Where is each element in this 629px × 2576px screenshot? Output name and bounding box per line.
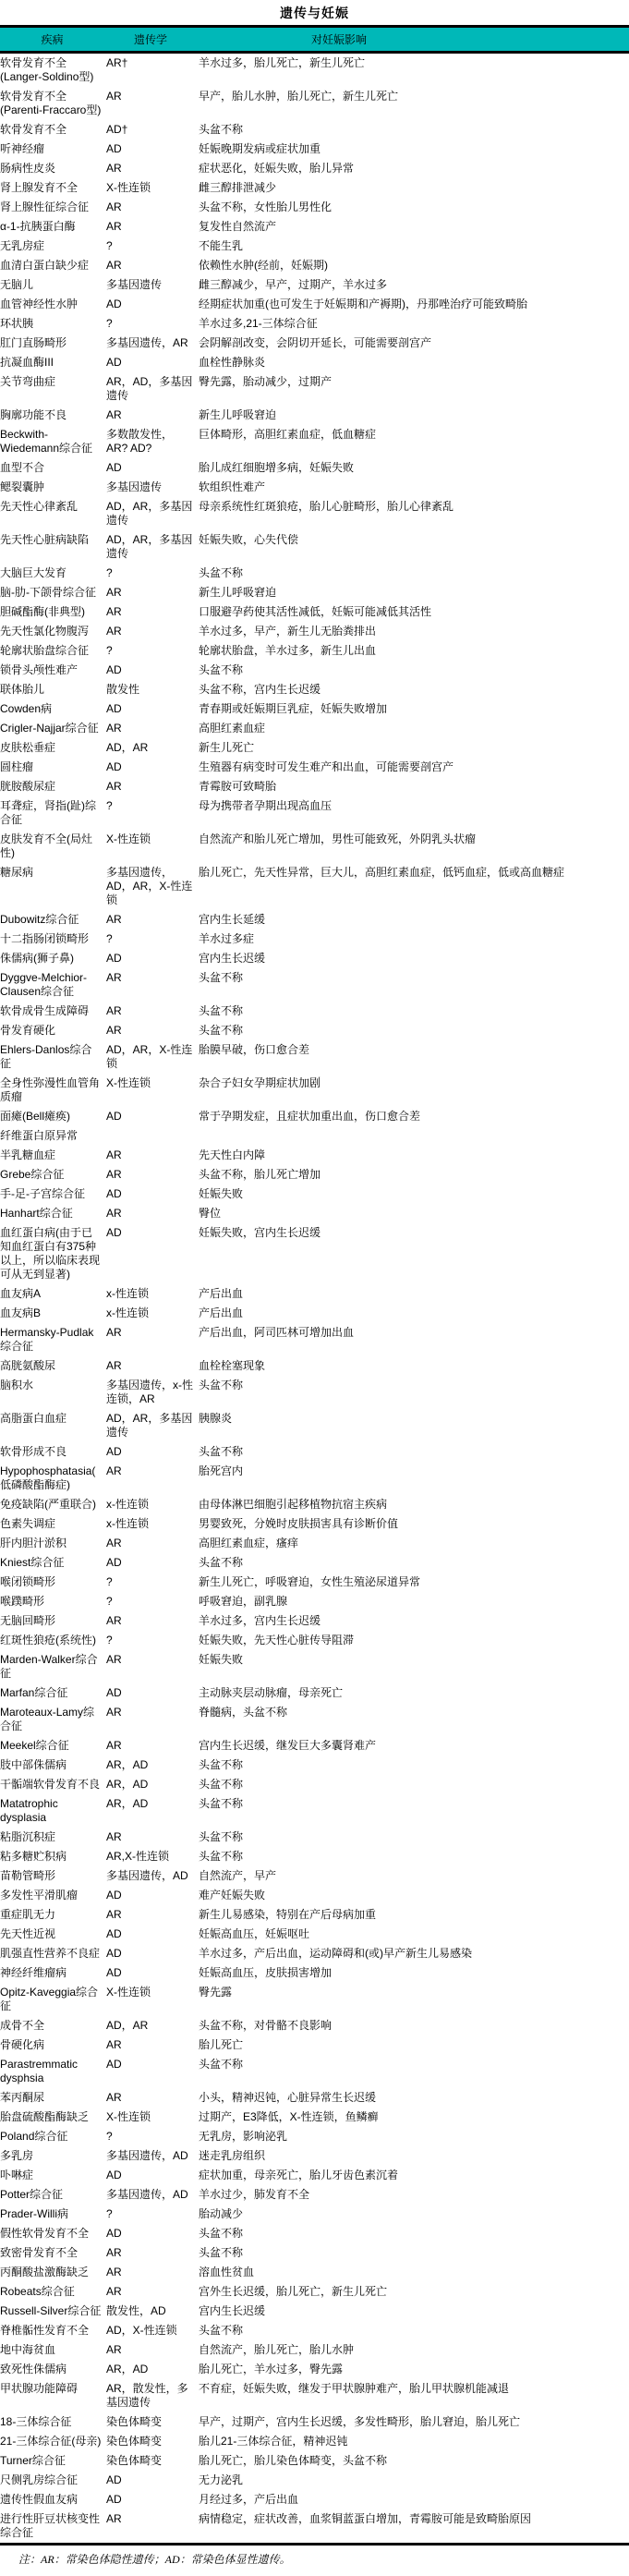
table-row: 胎盘硫酸酯酶缺乏X-性连锁过期产，E3降低，X-性连锁，鱼鳞癣 <box>0 2108 629 2127</box>
effect-cell: 胎膜早破，伤口愈合差 <box>197 1040 629 1074</box>
disease-cell: 无脑儿 <box>0 275 104 295</box>
effect-cell: 妊娠高血压，皮肤损害增加 <box>197 1963 629 1983</box>
effect-cell: 血栓栓塞现象 <box>197 1356 629 1376</box>
table-row: 血型不合AD胎儿成红细胞增多病，妊娠失败 <box>0 458 629 478</box>
genetics-cell: AD <box>104 2471 197 2490</box>
genetics-cell: AD <box>104 661 197 680</box>
genetics-cell <box>104 1126 197 1146</box>
effect-cell: 头盆不称 <box>197 1376 629 1409</box>
effect-cell: 不能生乳 <box>197 237 629 256</box>
disease-cell: 肢中部侏儒病 <box>0 1756 104 1775</box>
effect-cell: 自然流产，早产 <box>197 1866 629 1886</box>
disease-cell: 血红蛋白病(由于已知血红蛋白有375种以上，所以临床表现可从无到显著) <box>0 1223 104 1284</box>
genetics-cell: x-性连锁 <box>104 1495 197 1514</box>
genetics-cell: 散发性 <box>104 680 197 699</box>
disease-cell: 肾上腺性征综合征 <box>0 198 104 217</box>
genetics-cell: X-性连锁 <box>104 178 197 198</box>
effect-cell: 血栓性静脉炎 <box>197 353 629 372</box>
table-row: 进行性肝豆状核变性综合征AR病情稳定，症状改善，血浆铜蓝蛋白增加，青霉胺可能是致… <box>0 2509 629 2545</box>
genetics-cell: AR <box>104 406 197 425</box>
disease-cell: 喉闭锁畸形 <box>0 1573 104 1592</box>
genetics-cell: AD <box>104 2055 197 2088</box>
disease-cell: Potter综合征 <box>0 2185 104 2205</box>
genetics-cell: X-性连锁 <box>104 2108 197 2127</box>
effect-cell: 羊水过多症 <box>197 930 629 949</box>
genetics-cell: AD <box>104 353 197 372</box>
disease-cell: Robeats综合征 <box>0 2282 104 2302</box>
table-row: 丙酮酸盐激酶缺乏AR溶血性贫血 <box>0 2263 629 2282</box>
disease-cell: 骨发育硬化 <box>0 1021 104 1040</box>
disease-cell: 手-足-子宫综合征 <box>0 1185 104 1204</box>
genetics-cell: AD，AR，多基因遗传 <box>104 497 197 530</box>
disease-cell: 遗传性假血友病 <box>0 2490 104 2509</box>
genetics-cell: AR <box>104 1002 197 1021</box>
disease-cell: 肝内胆汁淤积 <box>0 1534 104 1553</box>
disease-cell: Marden-Walker综合征 <box>0 1650 104 1683</box>
effect-cell: 头盆不称 <box>197 661 629 680</box>
genetics-cell: ? <box>104 237 197 256</box>
genetics-cell: AD，AR <box>104 2016 197 2035</box>
table-row: 肢中部侏儒病AR，AD头盆不称 <box>0 1756 629 1775</box>
effect-cell: 羊水过多，宫内生长迟缓 <box>197 1611 629 1631</box>
effect-cell: 产后出血，阿司匹林可增加出血 <box>197 1323 629 1356</box>
disease-cell: Hypophosphatasia(低磷酸酯酶症) <box>0 1462 104 1495</box>
effect-cell: 宫外生长迟缓，胎儿死亡，新生儿死亡 <box>197 2282 629 2302</box>
effect-cell: 轮廓状胎盘，羊水过多，新生儿出血 <box>197 641 629 661</box>
disease-cell: 血友病A <box>0 1284 104 1304</box>
disease-cell: 软骨发育不全(Parenti-Fraccaro型) <box>0 87 104 120</box>
table-row: Opitz-Kaveggia综合征X-性连锁臀先露 <box>0 1983 629 2016</box>
table-row: 粘脂沉积症AR头盆不称 <box>0 1828 629 1847</box>
genetics-cell: AD <box>104 1107 197 1126</box>
effect-cell: 新生儿死亡，呼吸窘迫，女性生殖泌尿道异常 <box>197 1573 629 1592</box>
genetics-cell: AR <box>104 1021 197 1040</box>
disease-cell: 免疫缺陷(严重联合) <box>0 1495 104 1514</box>
effect-cell: 早产，胎儿水肿，胎儿死亡，新生儿死亡 <box>197 87 629 120</box>
disease-cell: 粘多糖贮积病 <box>0 1847 104 1866</box>
effect-cell: 头盆不称 <box>197 1775 629 1794</box>
genetics-cell: AR <box>104 2263 197 2282</box>
genetics-cell: x-性连锁 <box>104 1304 197 1323</box>
effect-cell: 妊娠失败，心失代偿 <box>197 530 629 564</box>
table-row: 免疫缺陷(严重联合)x-性连锁由母体淋巴细胞引起移植物抗宿主疾病 <box>0 1495 629 1514</box>
table-row: 地中海贫血AR自然流产，胎儿死亡，胎儿水肿 <box>0 2340 629 2360</box>
table-row: 血红蛋白病(由于已知血红蛋白有375种以上，所以临床表现可从无到显著)AD妊娠失… <box>0 1223 629 1284</box>
genetics-cell: AD，AR，多基因遗传 <box>104 1409 197 1442</box>
effect-cell: 月经过多，产后出血 <box>197 2490 629 2509</box>
genetics-cell: AD <box>104 458 197 478</box>
disease-cell: 无乳房症 <box>0 237 104 256</box>
disease-cell: Dubowitz综合征 <box>0 910 104 930</box>
genetics-cell: AR <box>104 2282 197 2302</box>
genetics-cell: AD，AR，X-性连锁 <box>104 1040 197 1074</box>
genetics-cell: ? <box>104 796 197 830</box>
effect-cell: 头盆不称 <box>197 1847 629 1866</box>
disease-cell: Russell-Silver综合征 <box>0 2302 104 2321</box>
effect-cell <box>197 1126 629 1146</box>
effect-cell: 宫内生长迟缓 <box>197 2302 629 2321</box>
genetics-cell: ? <box>104 564 197 583</box>
disease-cell: 半乳糖血症 <box>0 1146 104 1165</box>
effect-cell: 羊水过多,21-三体综合征 <box>197 314 629 334</box>
effect-cell: 头盆不称 <box>197 120 629 140</box>
table-row: 高脂蛋白血症AD，AR，多基因遗传胰腺炎 <box>0 1409 629 1442</box>
genetics-cell: AD <box>104 1442 197 1462</box>
disease-cell: Kniest综合征 <box>0 1553 104 1573</box>
effect-cell: 胎死宫内 <box>197 1462 629 1495</box>
genetics-cell: ? <box>104 1592 197 1611</box>
table-row: 十二指肠闭锁畸形?羊水过多症 <box>0 930 629 949</box>
effect-cell: 难产妊娠失败 <box>197 1886 629 1905</box>
table-row: 环状胰?羊水过多,21-三体综合征 <box>0 314 629 334</box>
table-row: Poland综合征?无乳房，影响泌乳 <box>0 2127 629 2146</box>
table-row: Dubowitz综合征AR宫内生长延缓 <box>0 910 629 930</box>
table-row: 肾上腺性征综合征AR头盆不称，女性胎儿男性化 <box>0 198 629 217</box>
table-row: 软骨发育不全(Parenti-Fraccaro型)AR早产，胎儿水肿，胎儿死亡，… <box>0 87 629 120</box>
disease-cell: 红斑性狼疮(系统性) <box>0 1631 104 1650</box>
effect-cell: 先天性白内障 <box>197 1146 629 1165</box>
page-title: 遗传与妊娠 <box>0 0 629 25</box>
table-row: 遗传性假血友病AD月经过多，产后出血 <box>0 2490 629 2509</box>
table-row: 喉闭锁畸形?新生儿死亡，呼吸窘迫，女性生殖泌尿道异常 <box>0 1573 629 1592</box>
table-row: 18-三体综合征染色体畸变早产，过期产，宫内生长迟缓，多发性畸形，胎儿窘迫，胎儿… <box>0 2412 629 2432</box>
genetics-cell: 多基因遗传，x-性连锁，AR <box>104 1376 197 1409</box>
disease-cell: 多乳房 <box>0 2146 104 2166</box>
genetics-cell: AR <box>104 910 197 930</box>
effect-cell: 臀先露，胎动减少，过期产 <box>197 372 629 406</box>
table-row: 甲状腺功能障碍AR，散发性，多基因遗传不育症，妊娠失败，继发于甲状腺肿难产，胎儿… <box>0 2379 629 2412</box>
disease-cell: Dyggve-Melchior-Clausen综合征 <box>0 968 104 1002</box>
disease-cell: Hermansky-Pudlak综合征 <box>0 1323 104 1356</box>
disease-cell: 纤维蛋白原异常 <box>0 1126 104 1146</box>
effect-cell: 头盆不称 <box>197 1002 629 1021</box>
disease-cell: 脊椎骺性发育不全 <box>0 2321 104 2340</box>
effect-cell: 由母体淋巴细胞引起移植物抗宿主疾病 <box>197 1495 629 1514</box>
table-row: 21-三体综合征(母亲)染色体畸变胎儿21-三体综合征，精神迟钝 <box>0 2432 629 2451</box>
disease-cell: 血型不合 <box>0 458 104 478</box>
disease-cell: α-1-抗胰蛋白酶 <box>0 217 104 237</box>
disease-cell: 苯丙酮尿 <box>0 2088 104 2108</box>
effect-cell: 雌三醇减少，早产，过期产，羊水过多 <box>197 275 629 295</box>
effect-cell: 无力泌乳 <box>197 2471 629 2490</box>
genetics-cell: AR <box>104 1905 197 1925</box>
table-row: 肝内胆汁淤积AR高胆红素血症，瘙痒 <box>0 1534 629 1553</box>
disease-cell: 脑-肋-下颌骨综合征 <box>0 583 104 602</box>
disease-cell: Maroteaux-Lamy综合征 <box>0 1703 104 1736</box>
column-header-disease: 疾病 <box>0 27 104 53</box>
disease-cell: 骨硬化病 <box>0 2035 104 2055</box>
effect-cell: 高胆红素血症，瘙痒 <box>197 1534 629 1553</box>
effect-cell: 青霉胺可致畸胎 <box>197 777 629 796</box>
table-row: Beckwith-Wiedemann综合征多数散发性，AR? AD?巨体畸形，高… <box>0 425 629 458</box>
genetics-cell: AR，散发性，多基因遗传 <box>104 2379 197 2412</box>
effect-cell: 症状恶化，妊娠失败，胎儿异常 <box>197 159 629 178</box>
genetics-cell: AR <box>104 2509 197 2545</box>
genetics-cell: AR，AD，多基因遗传 <box>104 372 197 406</box>
disease-cell: 脑积水 <box>0 1376 104 1409</box>
disease-cell: 高胱氨酸尿 <box>0 1356 104 1376</box>
disease-cell: Marfan综合征 <box>0 1683 104 1703</box>
genetics-cell: ? <box>104 314 197 334</box>
table-row: Marfan综合征AD主动脉夹层动脉瘤，母亲死亡 <box>0 1683 629 1703</box>
disease-cell: 糖尿病 <box>0 863 104 910</box>
table-row: 软骨发育不全AD†头盆不称 <box>0 120 629 140</box>
effect-cell: 溶血性贫血 <box>197 2263 629 2282</box>
disease-cell: 联体胎儿 <box>0 680 104 699</box>
table-row: 血清白蛋白缺少症AR依赖性水肿(经前，妊娠期) <box>0 256 629 275</box>
genetics-cell: AR，AD <box>104 1794 197 1828</box>
disease-cell: 皮肤发育不全(局灶性) <box>0 830 104 863</box>
effect-cell: 早产，过期产，宫内生长迟缓，多发性畸形，胎儿窘迫，胎儿死亡 <box>197 2412 629 2432</box>
genetics-cell: AR <box>104 1323 197 1356</box>
effect-cell: 高胆红素血症 <box>197 719 629 738</box>
table-row: 手-足-子宫综合征AD妊娠失败 <box>0 1185 629 1204</box>
table-row: 高胱氨酸尿AR血栓栓塞现象 <box>0 1356 629 1376</box>
genetics-cell: 染色体畸变 <box>104 2432 197 2451</box>
table-row: 肛门直肠畸形多基因遗传，AR会阴解剖改变，会阴切开延长，可能需要剖宫产 <box>0 334 629 353</box>
genetics-cell: AR <box>104 602 197 622</box>
table-row: Parastremmatic dysphsiaAD头盆不称 <box>0 2055 629 2088</box>
genetics-cell: AD，AR <box>104 738 197 758</box>
effect-cell: 羊水过多，早产，新生儿无胎粪排出 <box>197 622 629 641</box>
effect-cell: 头盆不称，对骨骼不良影响 <box>197 2016 629 2035</box>
table-row: 骨发育硬化AR头盆不称 <box>0 1021 629 1040</box>
table-row: Turner综合征染色体畸变胎儿死亡，胎儿染色体畸变，头盆不称 <box>0 2451 629 2471</box>
table-row: 重症肌无力AR新生儿易感染，特别在产后母病加重 <box>0 1905 629 1925</box>
effect-cell: 巨体畸形，高胆红素血症，低血糖症 <box>197 425 629 458</box>
table-row: 致密骨发育不全AR头盆不称 <box>0 2243 629 2263</box>
table-row: Potter综合征多基因遗传，AD羊水过少，肺发育不全 <box>0 2185 629 2205</box>
disease-cell: 血清白蛋白缺少症 <box>0 256 104 275</box>
effect-cell: 自然流产和胎儿死亡增加，男性可能致死，外阴乳头状瘤 <box>197 830 629 863</box>
genetics-cell: x-性连锁 <box>104 1284 197 1304</box>
genetics-cell: AR，AD <box>104 1756 197 1775</box>
effect-cell: 妊娠晚期发病或症状加重 <box>197 140 629 159</box>
disease-cell: Prader-Willi病 <box>0 2205 104 2224</box>
genetics-cell: AR <box>104 2035 197 2055</box>
table-row: 肠病性皮炎AR症状恶化，妊娠失败，胎儿异常 <box>0 159 629 178</box>
table-row: 糖尿病多基因遗传，AD，AR，X-性连锁胎儿死亡，先天性异常，巨大儿，高胆红素血… <box>0 863 629 910</box>
effect-cell: 病情稳定，症状改善，血浆铜蓝蛋白增加，青霉胺可能是致畸胎原因 <box>197 2509 629 2545</box>
table-row: 苗勒管畸形多基因遗传，AD自然流产，早产 <box>0 1866 629 1886</box>
disease-cell: 关节弯曲症 <box>0 372 104 406</box>
table-row: 血管神经性水肿AD经期症状加重(也可发生于妊娠期和产褥期)，丹那唑治疗可能致畸胎 <box>0 295 629 314</box>
table-row: 轮廓状胎盘综合征?轮廓状胎盘，羊水过多，新生儿出血 <box>0 641 629 661</box>
table-row: 纤维蛋白原异常 <box>0 1126 629 1146</box>
disease-cell: 地中海贫血 <box>0 2340 104 2360</box>
disease-cell: 尺侧乳房综合征 <box>0 2471 104 2490</box>
effect-cell: 头盆不称 <box>197 564 629 583</box>
genetics-cell: 多基因遗传，AD <box>104 1866 197 1886</box>
disease-cell: Hanhart综合征 <box>0 1204 104 1223</box>
disease-cell: 十二指肠闭锁畸形 <box>0 930 104 949</box>
genetics-cell: ? <box>104 1631 197 1650</box>
disease-cell: 血管神经性水肿 <box>0 295 104 314</box>
genetics-cell: X-性连锁 <box>104 1074 197 1107</box>
disease-cell: 鳃裂囊肿 <box>0 478 104 497</box>
table-row: 抗凝血酶IIIAD血栓性静脉炎 <box>0 353 629 372</box>
effect-cell: 宫内生长迟缓，继发巨大多囊肾难产 <box>197 1736 629 1756</box>
genetics-cell: AR <box>104 968 197 1002</box>
table-row: 听神经瘤AD妊娠晚期发病或症状加重 <box>0 140 629 159</box>
table-row: Ehlers-Danlos综合征AD，AR，X-性连锁胎膜早破，伤口愈合差 <box>0 1040 629 1074</box>
table-row: Prader-Willi病?胎动减少 <box>0 2205 629 2224</box>
effect-cell: 胎儿死亡 <box>197 2035 629 2055</box>
effect-cell: 妊娠高血压，妊娠呕吐 <box>197 1925 629 1944</box>
table-row: 多乳房多基因遗传，AD迷走乳房组织 <box>0 2146 629 2166</box>
genetics-cell: AD <box>104 1944 197 1963</box>
table-row: 无乳房症?不能生乳 <box>0 237 629 256</box>
table-row: 先天性心律紊乱AD，AR，多基因遗传母亲系统性红斑狼疮，胎儿心脏畸形，胎儿心律紊… <box>0 497 629 530</box>
effect-cell: 头盆不称 <box>197 1021 629 1040</box>
effect-cell: 主动脉夹层动脉瘤，母亲死亡 <box>197 1683 629 1703</box>
disease-cell: Poland综合征 <box>0 2127 104 2146</box>
disease-cell: 喉蹼畸形 <box>0 1592 104 1611</box>
effect-cell: 青春期或妊娠期巨乳症，妊娠失败增加 <box>197 699 629 719</box>
genetics-cell: AD <box>104 1963 197 1983</box>
genetics-cell: X-性连锁 <box>104 830 197 863</box>
genetics-cell: AR <box>104 1204 197 1223</box>
effect-cell: 新生儿死亡 <box>197 738 629 758</box>
effect-cell: 会阴解剖改变，会阴切开延长，可能需要剖宫产 <box>197 334 629 353</box>
table-row: Meekel综合征AR宫内生长迟缓，继发巨大多囊肾难产 <box>0 1736 629 1756</box>
genetics-cell: AR <box>104 87 197 120</box>
table-row: 血友病Ax-性连锁产后出血 <box>0 1284 629 1304</box>
effect-cell: 小头，精神迟钝，心脏异常生长迟缓 <box>197 2088 629 2108</box>
genetics-cell: 多基因遗传，AR <box>104 334 197 353</box>
table-row: 鳃裂囊肿多基因遗传软组织性难产 <box>0 478 629 497</box>
table-row: 骨硬化病AR胎儿死亡 <box>0 2035 629 2055</box>
disease-cell: 苗勒管畸形 <box>0 1866 104 1886</box>
table-row: 侏儒病(狮子鼻)AD宫内生长迟缓 <box>0 949 629 968</box>
disease-cell: Turner综合征 <box>0 2451 104 2471</box>
effect-cell: 妊娠失败，先天性心脏传导阻滞 <box>197 1631 629 1650</box>
table-row: Crigler-Najjar综合征AR高胆红素血症 <box>0 719 629 738</box>
genetics-cell: 多基因遗传 <box>104 478 197 497</box>
effect-cell: 口服避孕药使其活性减低，妊娠可能减低其活性 <box>197 602 629 622</box>
table-row: 皮肤松垂症AD，AR新生儿死亡 <box>0 738 629 758</box>
disease-cell: Beckwith-Wiedemann综合征 <box>0 425 104 458</box>
disease-cell: 血友病B <box>0 1304 104 1323</box>
effect-cell: 羊水过多，胎儿死亡，新生儿死亡 <box>197 53 629 88</box>
genetics-cell: AR <box>104 2088 197 2108</box>
genetics-cell: AR <box>104 159 197 178</box>
genetics-cell: 多数散发性，AR? AD? <box>104 425 197 458</box>
disease-cell: 胸廓功能不良 <box>0 406 104 425</box>
disease-cell: 进行性肝豆状核变性综合征 <box>0 2509 104 2545</box>
effect-cell: 复发性自然流产 <box>197 217 629 237</box>
effect-cell: 臀先露 <box>197 1983 629 2016</box>
disease-cell: 锁骨头颅性难产 <box>0 661 104 680</box>
disease-cell: 甲状腺功能障碍 <box>0 2379 104 2412</box>
effect-cell: 母为携带者孕期出现高血压 <box>197 796 629 830</box>
effect-cell: 脊髓病，头盆不称 <box>197 1703 629 1736</box>
disease-cell: 软骨形成不良 <box>0 1442 104 1462</box>
genetics-cell: AR <box>104 2340 197 2360</box>
table-header-row: 疾病 遗传学 对妊娠影响 <box>0 27 629 53</box>
table-row: 无脑回畸形AR羊水过多，宫内生长迟缓 <box>0 1611 629 1631</box>
disease-cell: 卟啉症 <box>0 2166 104 2185</box>
effect-cell: 头盆不称 <box>197 1828 629 1847</box>
effect-cell: 头盆不称，女性胎儿男性化 <box>197 198 629 217</box>
effect-cell: 头盆不称 <box>197 968 629 1002</box>
disease-cell: 假性软骨发育不全 <box>0 2224 104 2243</box>
effect-cell: 头盆不称 <box>197 2321 629 2340</box>
genetics-cell: AD <box>104 1553 197 1573</box>
disease-cell: 先天性心脏病缺陷 <box>0 530 104 564</box>
disease-cell: 全身性弥漫性血管角质瘤 <box>0 1074 104 1107</box>
genetics-cell: AR <box>104 1611 197 1631</box>
effect-cell: 雌三醇排泄减少 <box>197 178 629 198</box>
disease-cell: 胎盘硫酸酯酶缺乏 <box>0 2108 104 2127</box>
table-row: 神经纤维瘤病AD妊娠高血压，皮肤损害增加 <box>0 1963 629 1983</box>
genetics-cell: AR <box>104 2243 197 2263</box>
effect-cell: 母亲系统性红斑狼疮，胎儿心脏畸形，胎儿心律紊乱 <box>197 497 629 530</box>
effect-cell: 软组织性难产 <box>197 478 629 497</box>
table-row: 胸廓功能不良AR新生儿呼吸窘迫 <box>0 406 629 425</box>
effect-cell: 头盆不称 <box>197 1442 629 1462</box>
table-row: 皮肤发育不全(局灶性)X-性连锁自然流产和胎儿死亡增加，男性可能致死，外阴乳头状… <box>0 830 629 863</box>
disease-cell: 抗凝血酶III <box>0 353 104 372</box>
effect-cell: 迷走乳房组织 <box>197 2146 629 2166</box>
disease-cell: 肛门直肠畸形 <box>0 334 104 353</box>
effect-cell: 羊水过少，肺发育不全 <box>197 2185 629 2205</box>
effect-cell: 胎儿死亡，先天性异常，巨大儿，高胆红素血症，低钙血症，低或高血糖症 <box>197 863 629 910</box>
genetics-cell: AR <box>104 719 197 738</box>
table-row: Hypophosphatasia(低磷酸酯酶症)AR胎死宫内 <box>0 1462 629 1495</box>
effect-cell: 无乳房，影响泌乳 <box>197 2127 629 2146</box>
disease-cell: 大脑巨大发育 <box>0 564 104 583</box>
disease-cell: 软骨发育不全(Langer-Soldino型) <box>0 53 104 88</box>
table-row: 脑-肋-下颌骨综合征AR新生儿呼吸窘迫 <box>0 583 629 602</box>
effect-cell: 经期症状加重(也可发生于妊娠期和产褥期)，丹那唑治疗可能致畸胎 <box>197 295 629 314</box>
genetics-cell: AR <box>104 1534 197 1553</box>
disease-cell: 轮廓状胎盘综合征 <box>0 641 104 661</box>
table-row: 无脑儿多基因遗传雌三醇减少，早产，过期产，羊水过多 <box>0 275 629 295</box>
effect-cell: 头盆不称 <box>197 1794 629 1828</box>
effect-cell: 产后出血 <box>197 1304 629 1323</box>
table-row: 卟啉症AD症状加重，母亲死亡，胎儿牙齿色素沉着 <box>0 2166 629 2185</box>
effect-cell: 头盆不称 <box>197 1553 629 1573</box>
table-row: Cowden病AD青春期或妊娠期巨乳症，妊娠失败增加 <box>0 699 629 719</box>
genetics-cell: AR，AD <box>104 2360 197 2379</box>
table-row: 耳聋症，肾指(趾)综合征?母为携带者孕期出现高血压 <box>0 796 629 830</box>
disease-cell: 粘脂沉积症 <box>0 1828 104 1847</box>
column-header-genetics: 遗传学 <box>104 27 197 53</box>
disease-cell: 致密骨发育不全 <box>0 2243 104 2263</box>
table-row: Hermansky-Pudlak综合征AR产后出血，阿司匹林可增加出血 <box>0 1323 629 1356</box>
effect-cell: 胎动减少 <box>197 2205 629 2224</box>
effect-cell: 男婴致死，分娩时皮肤损害具有诊断价值 <box>197 1514 629 1534</box>
disease-cell: 18-三体综合征 <box>0 2412 104 2432</box>
effect-cell: 妊娠失败 <box>197 1185 629 1204</box>
table-row: 干骺端软骨发育不良AR，AD头盆不称 <box>0 1775 629 1794</box>
table-row: 脑积水多基因遗传，x-性连锁，AR头盆不称 <box>0 1376 629 1409</box>
disease-cell: 先天性氯化物腹泻 <box>0 622 104 641</box>
table-row: 血友病Bx-性连锁产后出血 <box>0 1304 629 1323</box>
table-row: 红斑性狼疮(系统性)?妊娠失败，先天性心脏传导阻滞 <box>0 1631 629 1650</box>
genetics-cell: ? <box>104 2127 197 2146</box>
genetics-cell: AD，AR，多基因遗传 <box>104 530 197 564</box>
disease-cell: Meekel综合征 <box>0 1736 104 1756</box>
effect-cell: 妊娠失败 <box>197 1650 629 1683</box>
genetics-cell: AR，AD <box>104 1775 197 1794</box>
disease-cell: 听神经瘤 <box>0 140 104 159</box>
table-row: Kniest综合征AD头盆不称 <box>0 1553 629 1573</box>
effect-cell: 过期产，E3降低，X-性连锁，鱼鳞癣 <box>197 2108 629 2127</box>
genetics-cell: AR <box>104 1703 197 1736</box>
table-row: 致死性侏儒病AR，AD胎儿死亡，羊水过多，臀先露 <box>0 2360 629 2379</box>
